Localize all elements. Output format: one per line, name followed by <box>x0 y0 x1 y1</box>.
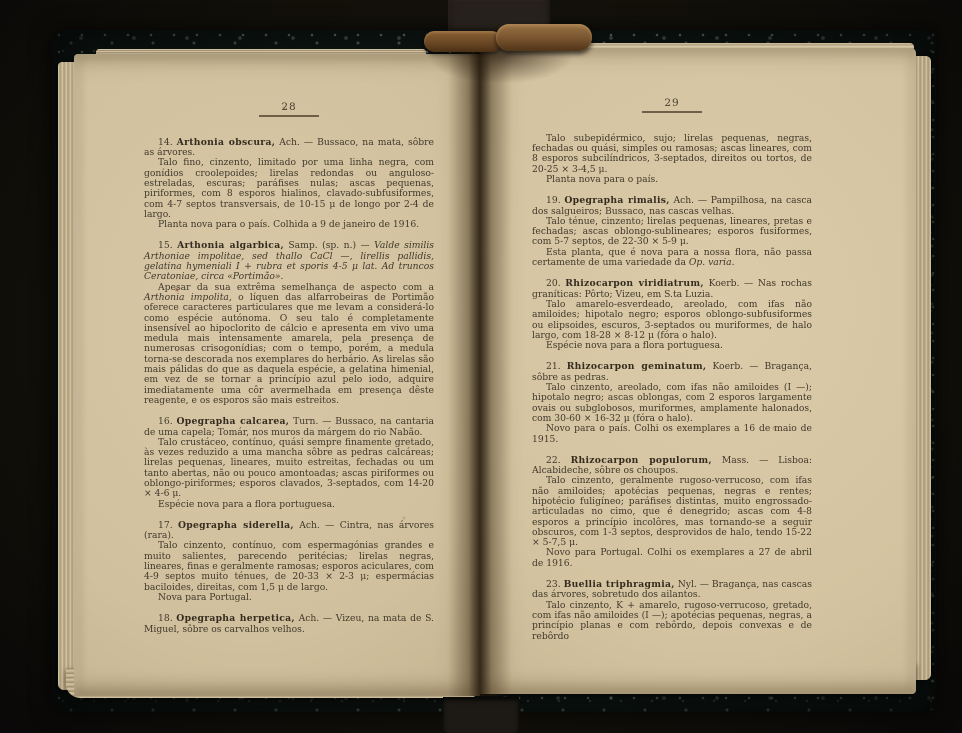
gutter-shadow <box>448 46 512 696</box>
text-segment: Talo cinzento, geralmente rugoso-verruco… <box>532 475 812 548</box>
text-segment: Talo cinzento, K + amarelo, rugoso-verru… <box>532 600 812 642</box>
left-page-text-column: 28 14. Arthonia obscura, Ach. — Bussaco,… <box>144 102 434 635</box>
text-segment: Talo cinzento, contínuo, com espermagóni… <box>144 540 434 592</box>
species-name: Opegrapha siderella, <box>178 520 294 531</box>
paragraph: 16. Opegrapha calcarea, Turn. — Bussaco,… <box>144 417 434 438</box>
spine-headband <box>496 24 592 51</box>
species-entry: 20. Rhizocarpon viridiatrum, Koerb. — Na… <box>532 279 812 351</box>
species-entries: 14. Arthonia obscura, Ach. — Bussaco, na… <box>144 138 434 635</box>
species-entry: Talo subepidérmico, sujo; lirelas pequen… <box>532 134 812 185</box>
species-entry: 22. Rhizocarpon populorum, Mass. — Lisbo… <box>532 456 812 569</box>
text-segment: Nova para Portugal. <box>158 592 252 603</box>
text-segment: Espécie nova para a flora portuguesa. <box>158 499 335 510</box>
paragraph: 18. Opegrapha herpetica, Ach. — Vizeu, n… <box>144 614 434 635</box>
paragraph: Talo cinzento, areolado, com ifas não am… <box>532 383 812 424</box>
paragraph: 14. Arthonia obscura, Ach. — Bussaco, na… <box>144 138 434 159</box>
species-entry: 21. Rhizocarpon geminatum, Koerb. — Brag… <box>532 362 812 444</box>
page-edge-stack-right <box>914 56 931 680</box>
page-number-rule <box>259 115 319 117</box>
species-entry: 18. Opegrapha herpetica, Ach. — Vizeu, n… <box>144 614 434 635</box>
paragraph: Talo fino, cinzento, limitado por uma li… <box>144 158 434 220</box>
paragraph: Nova para Portugal. <box>144 593 434 603</box>
text-segment: Esta planta, que é nova para a nossa flo… <box>532 247 812 268</box>
page-number-rule <box>642 111 702 113</box>
text-segment: Novo para o país. Colhi os exemplares a … <box>532 423 812 444</box>
species-entry: 15. Arthonia algarbica, Samp. (sp. n.) —… <box>144 241 434 406</box>
species-entry: 23. Buellia triphragmia, Nyl. — Bragança… <box>532 580 812 642</box>
page-number: 29 <box>532 98 812 108</box>
paragraph: Talo amarelo-esverdeado, areolado, com i… <box>532 300 812 341</box>
species-entry: 16. Opegrapha calcarea, Turn. — Bussaco,… <box>144 417 434 510</box>
text-segment: Planta nova para o país. Colhida a 9 de … <box>158 219 419 230</box>
text-segment: Talo fino, cinzento, limitado por uma li… <box>144 157 434 219</box>
paragraph: Talo cinzento, K + amarelo, rugoso-verru… <box>532 601 812 642</box>
spine-bottom <box>443 697 519 733</box>
paragraph: Planta nova para o país. <box>532 175 812 185</box>
latin-diagnosis: Op. varia <box>689 257 732 268</box>
text-segment: Talo subepidérmico, sujo; lirelas pequen… <box>532 133 812 175</box>
paragraph: Espécie nova para a flora portuguesa. <box>532 341 812 351</box>
paragraph: Novo para Portugal. Colhi os exemplares … <box>532 548 812 569</box>
text-segment: . <box>732 257 735 268</box>
text-segment: Talo cinzento, areolado, com ifas não am… <box>532 382 812 424</box>
paragraph: 15. Arthonia algarbica, Samp. (sp. n.) —… <box>144 241 434 282</box>
paragraph: Espécie nova para a flora portuguesa. <box>144 500 434 510</box>
text-segment: Talo crustáceo, contínuo, quási sempre f… <box>144 437 434 499</box>
species-entry: 17. Opegrapha siderella, Ach. — Cintra, … <box>144 521 434 603</box>
paragraph: Talo crustáceo, contínuo, quási sempre f… <box>144 438 434 500</box>
paragraph: Talo subepidérmico, sujo; lirelas pequen… <box>532 134 812 175</box>
paragraph: Talo cinzento, contínuo, com espermagóni… <box>144 541 434 592</box>
paragraph: 22. Rhizocarpon populorum, Mass. — Lisbo… <box>532 456 812 477</box>
paragraph: Esta planta, que é nova para a nossa flo… <box>532 248 812 269</box>
paragraph: Planta nova para o país. Colhida a 9 de … <box>144 220 434 230</box>
page-number: 28 <box>144 102 434 112</box>
paragraph: Novo para o país. Colhi os exemplares a … <box>532 424 812 445</box>
text-segment: Talo ténue, cinzento; lirelas pequenas, … <box>532 216 812 248</box>
paragraph: Apesar da sua extrêma semelhança de aspe… <box>144 283 434 407</box>
species-entries: Talo subepidérmico, sujo; lirelas pequen… <box>532 134 812 642</box>
species-entry: 14. Arthonia obscura, Ach. — Bussaco, na… <box>144 138 434 231</box>
paragraph: 23. Buellia triphragmia, Nyl. — Bragança… <box>532 580 812 601</box>
paragraph: 20. Rhizocarpon viridiatrum, Koerb. — Na… <box>532 279 812 300</box>
text-segment: Novo para Portugal. Colhi os exemplares … <box>532 547 812 568</box>
paragraph: 19. Opegrapha rimalis, Ach. — Pampilhosa… <box>532 196 812 217</box>
text-segment: , o líquen das alfarrobeiras de Portimão… <box>144 292 434 406</box>
right-page-text-column: 29 Talo subepidérmico, sujo; lirelas peq… <box>532 98 812 642</box>
text-segment: Talo amarelo-esverdeado, areolado, com i… <box>532 299 812 341</box>
paragraph: 17. Opegrapha siderella, Ach. — Cintra, … <box>144 521 434 542</box>
paragraph: Talo cinzento, geralmente rugoso-verruco… <box>532 476 812 548</box>
paragraph: 21. Rhizocarpon geminatum, Koerb. — Brag… <box>532 362 812 383</box>
text-segment: Espécie nova para a flora portuguesa. <box>546 340 723 351</box>
species-entry: 19. Opegrapha rimalis, Ach. — Pampilhosa… <box>532 196 812 268</box>
paragraph: Talo ténue, cinzento; lirelas pequenas, … <box>532 217 812 248</box>
text-segment: Planta nova para o país. <box>546 174 658 185</box>
spine-headband <box>424 31 502 52</box>
photo-of-open-book: { "palette": { "cover_bg": "#0f1715", "p… <box>0 0 962 733</box>
